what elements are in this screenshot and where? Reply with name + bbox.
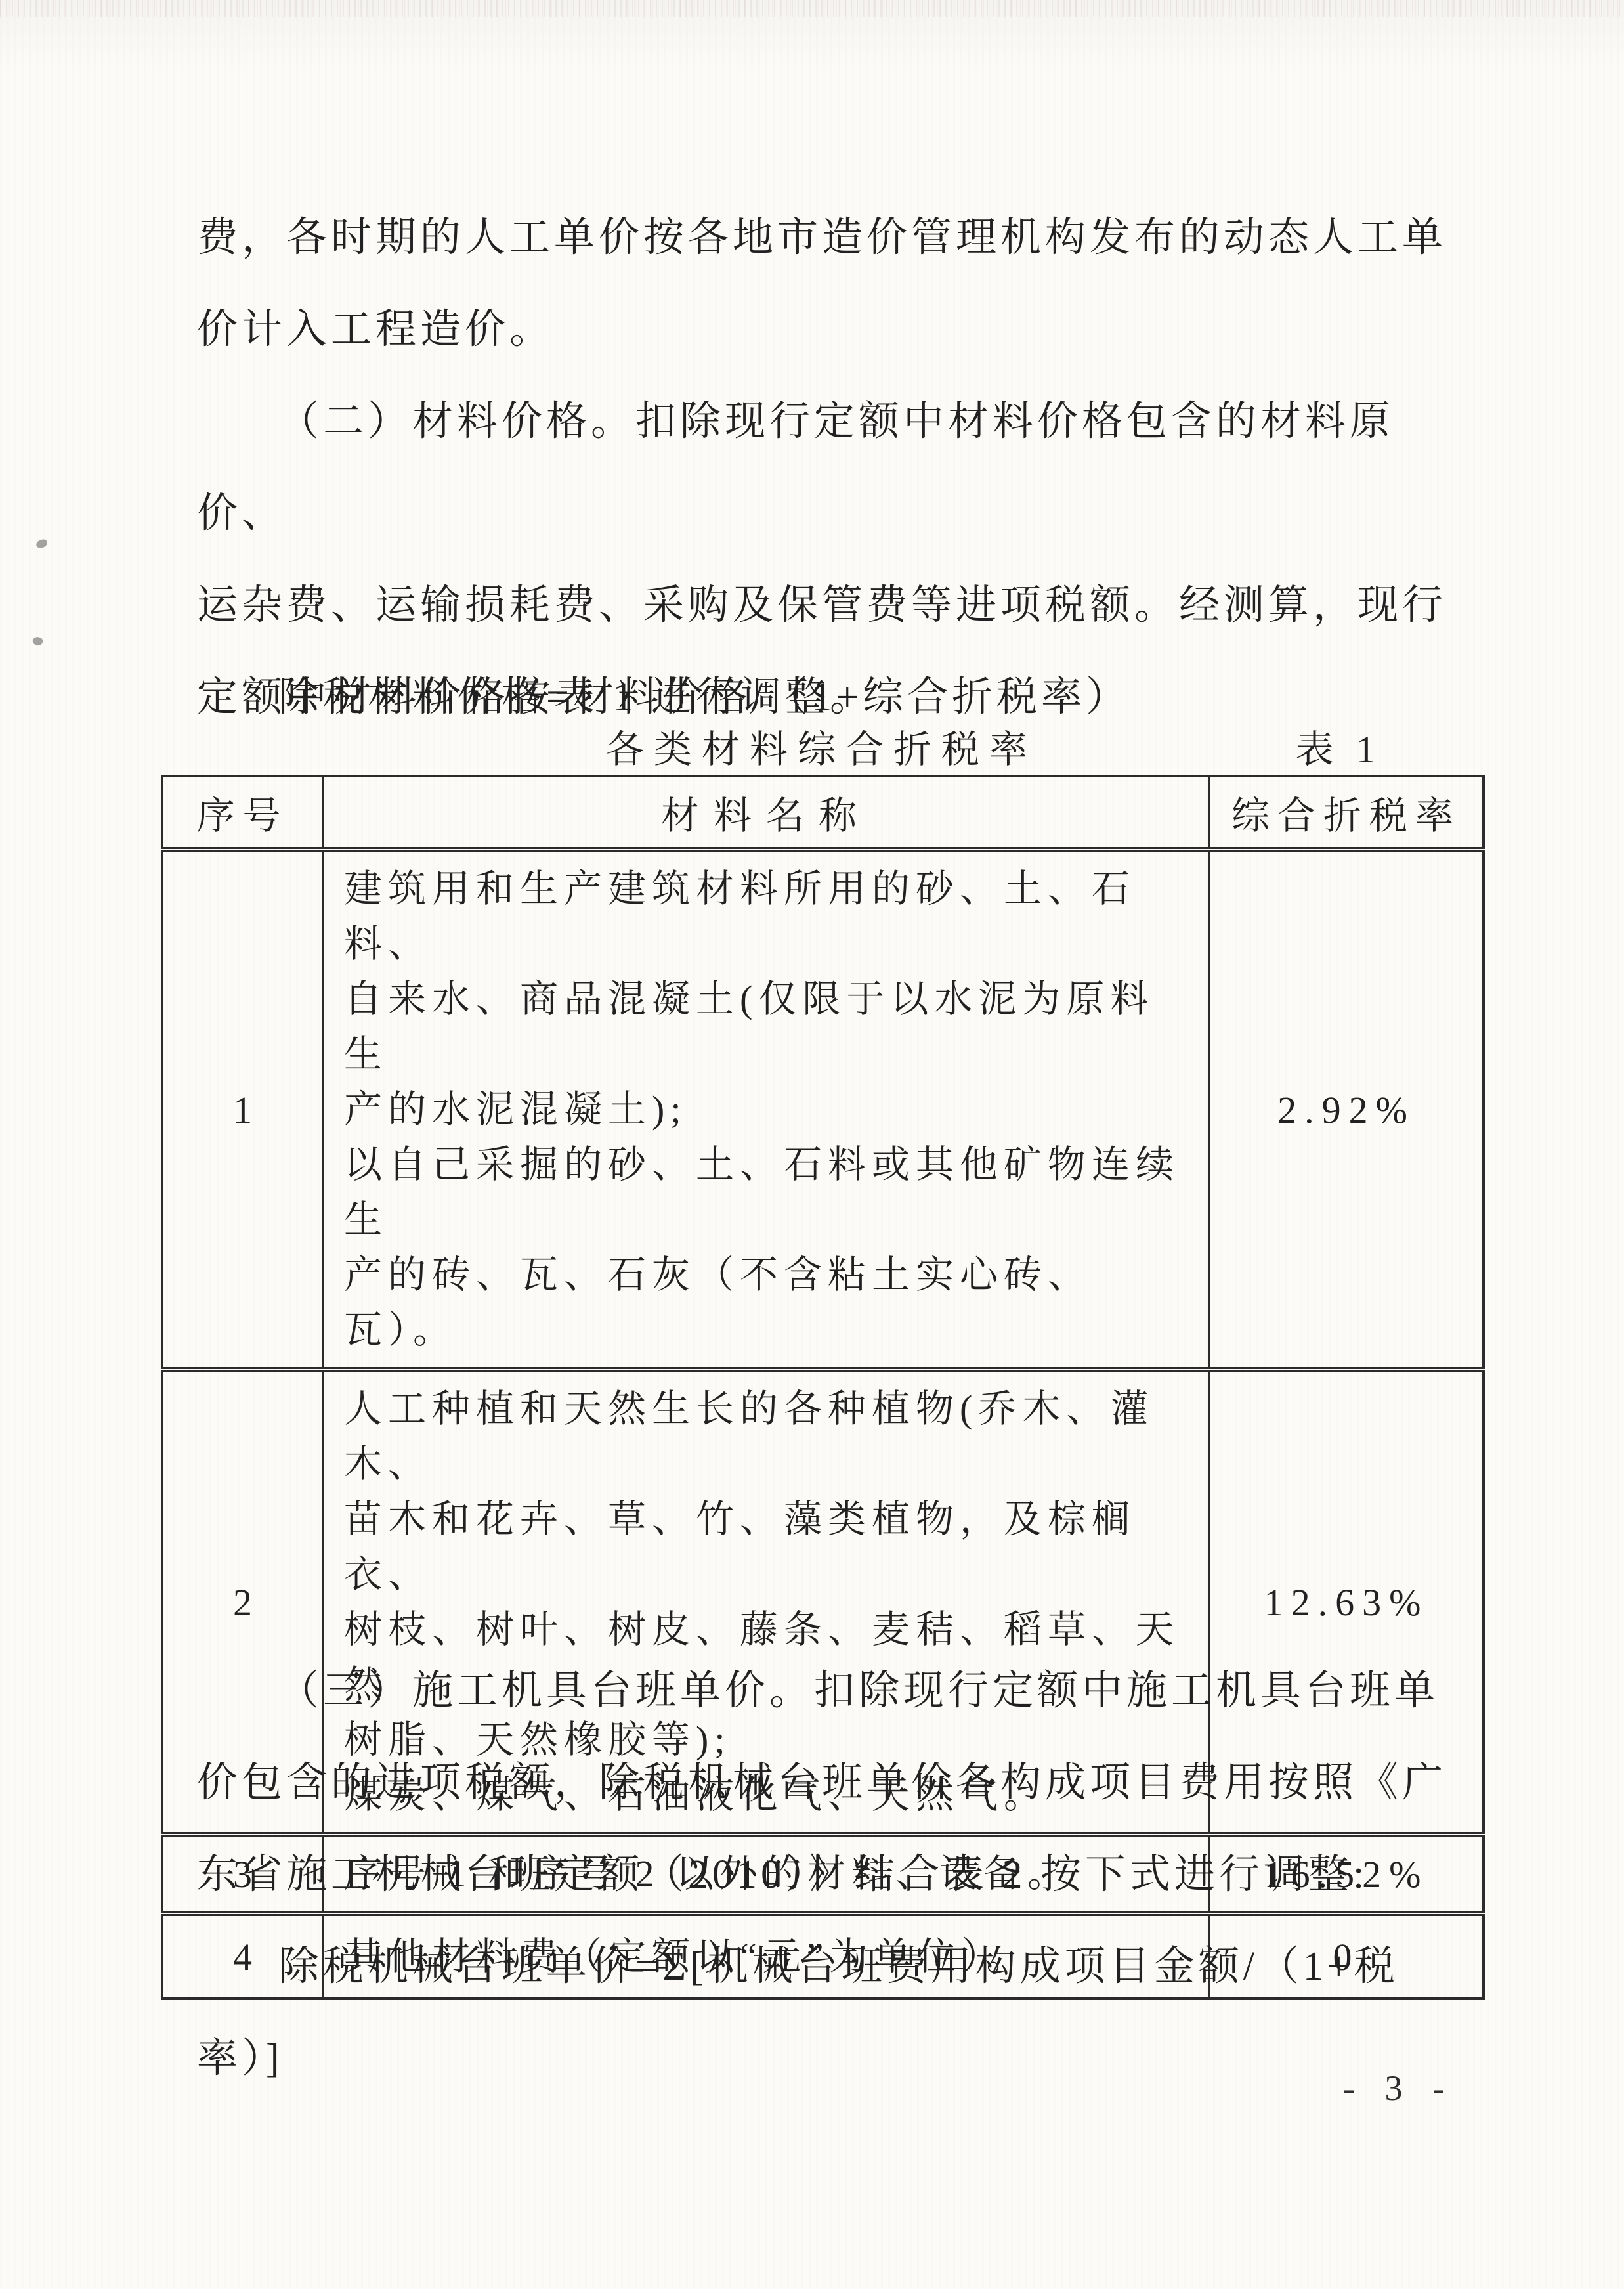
column-header-rate: 综合折税率 [1209,776,1484,850]
table-title: 各类材料综合折税率 [161,720,1482,780]
row-1-name: 建筑用和生产建筑材料所用的砂、土、石料、 自来水、商品混凝土(仅限于以水泥为原料… [323,850,1209,1370]
column-header-no: 序号 [162,776,323,850]
scan-edge-noise [0,0,1624,17]
table-row: 1 建筑用和生产建筑材料所用的砂、土、石料、 自来水、商品混凝土(仅限于以水泥为… [162,850,1484,1370]
row-1-no: 1 [162,850,323,1370]
page-number: - 3 - [1343,2068,1455,2108]
row-1-rate: 2.92% [1209,850,1484,1370]
scan-speck [35,538,48,548]
column-header-name: 材料名称 [323,776,1209,850]
table-number-label: 表 1 [1295,720,1382,780]
document-page: 费，各时期的人工单价按各地市造价管理机构发布的动态人工单 价计入工程造价。 （二… [0,0,1624,2289]
table-caption: 各类材料综合折税率 表 1 [161,720,1482,780]
formula-machinery-unit-price: 除税机械台班单价=Σ[机械台班费用构成项目金额/（1+税 率）] [197,1921,1478,2104]
paragraph-labor-unit-price: 费，各时期的人工单价按各地市造价管理机构发布的动态人工单 价计入工程造价。 [197,192,1478,376]
paragraph-machinery-unit-price: （三）施工机具台班单价。扣除现行定额中施工机具台班单 价包含的进项税额，除税机械… [197,1645,1478,1921]
table-header-row: 序号 材料名称 综合折税率 [162,776,1484,850]
scan-speck [32,636,44,647]
